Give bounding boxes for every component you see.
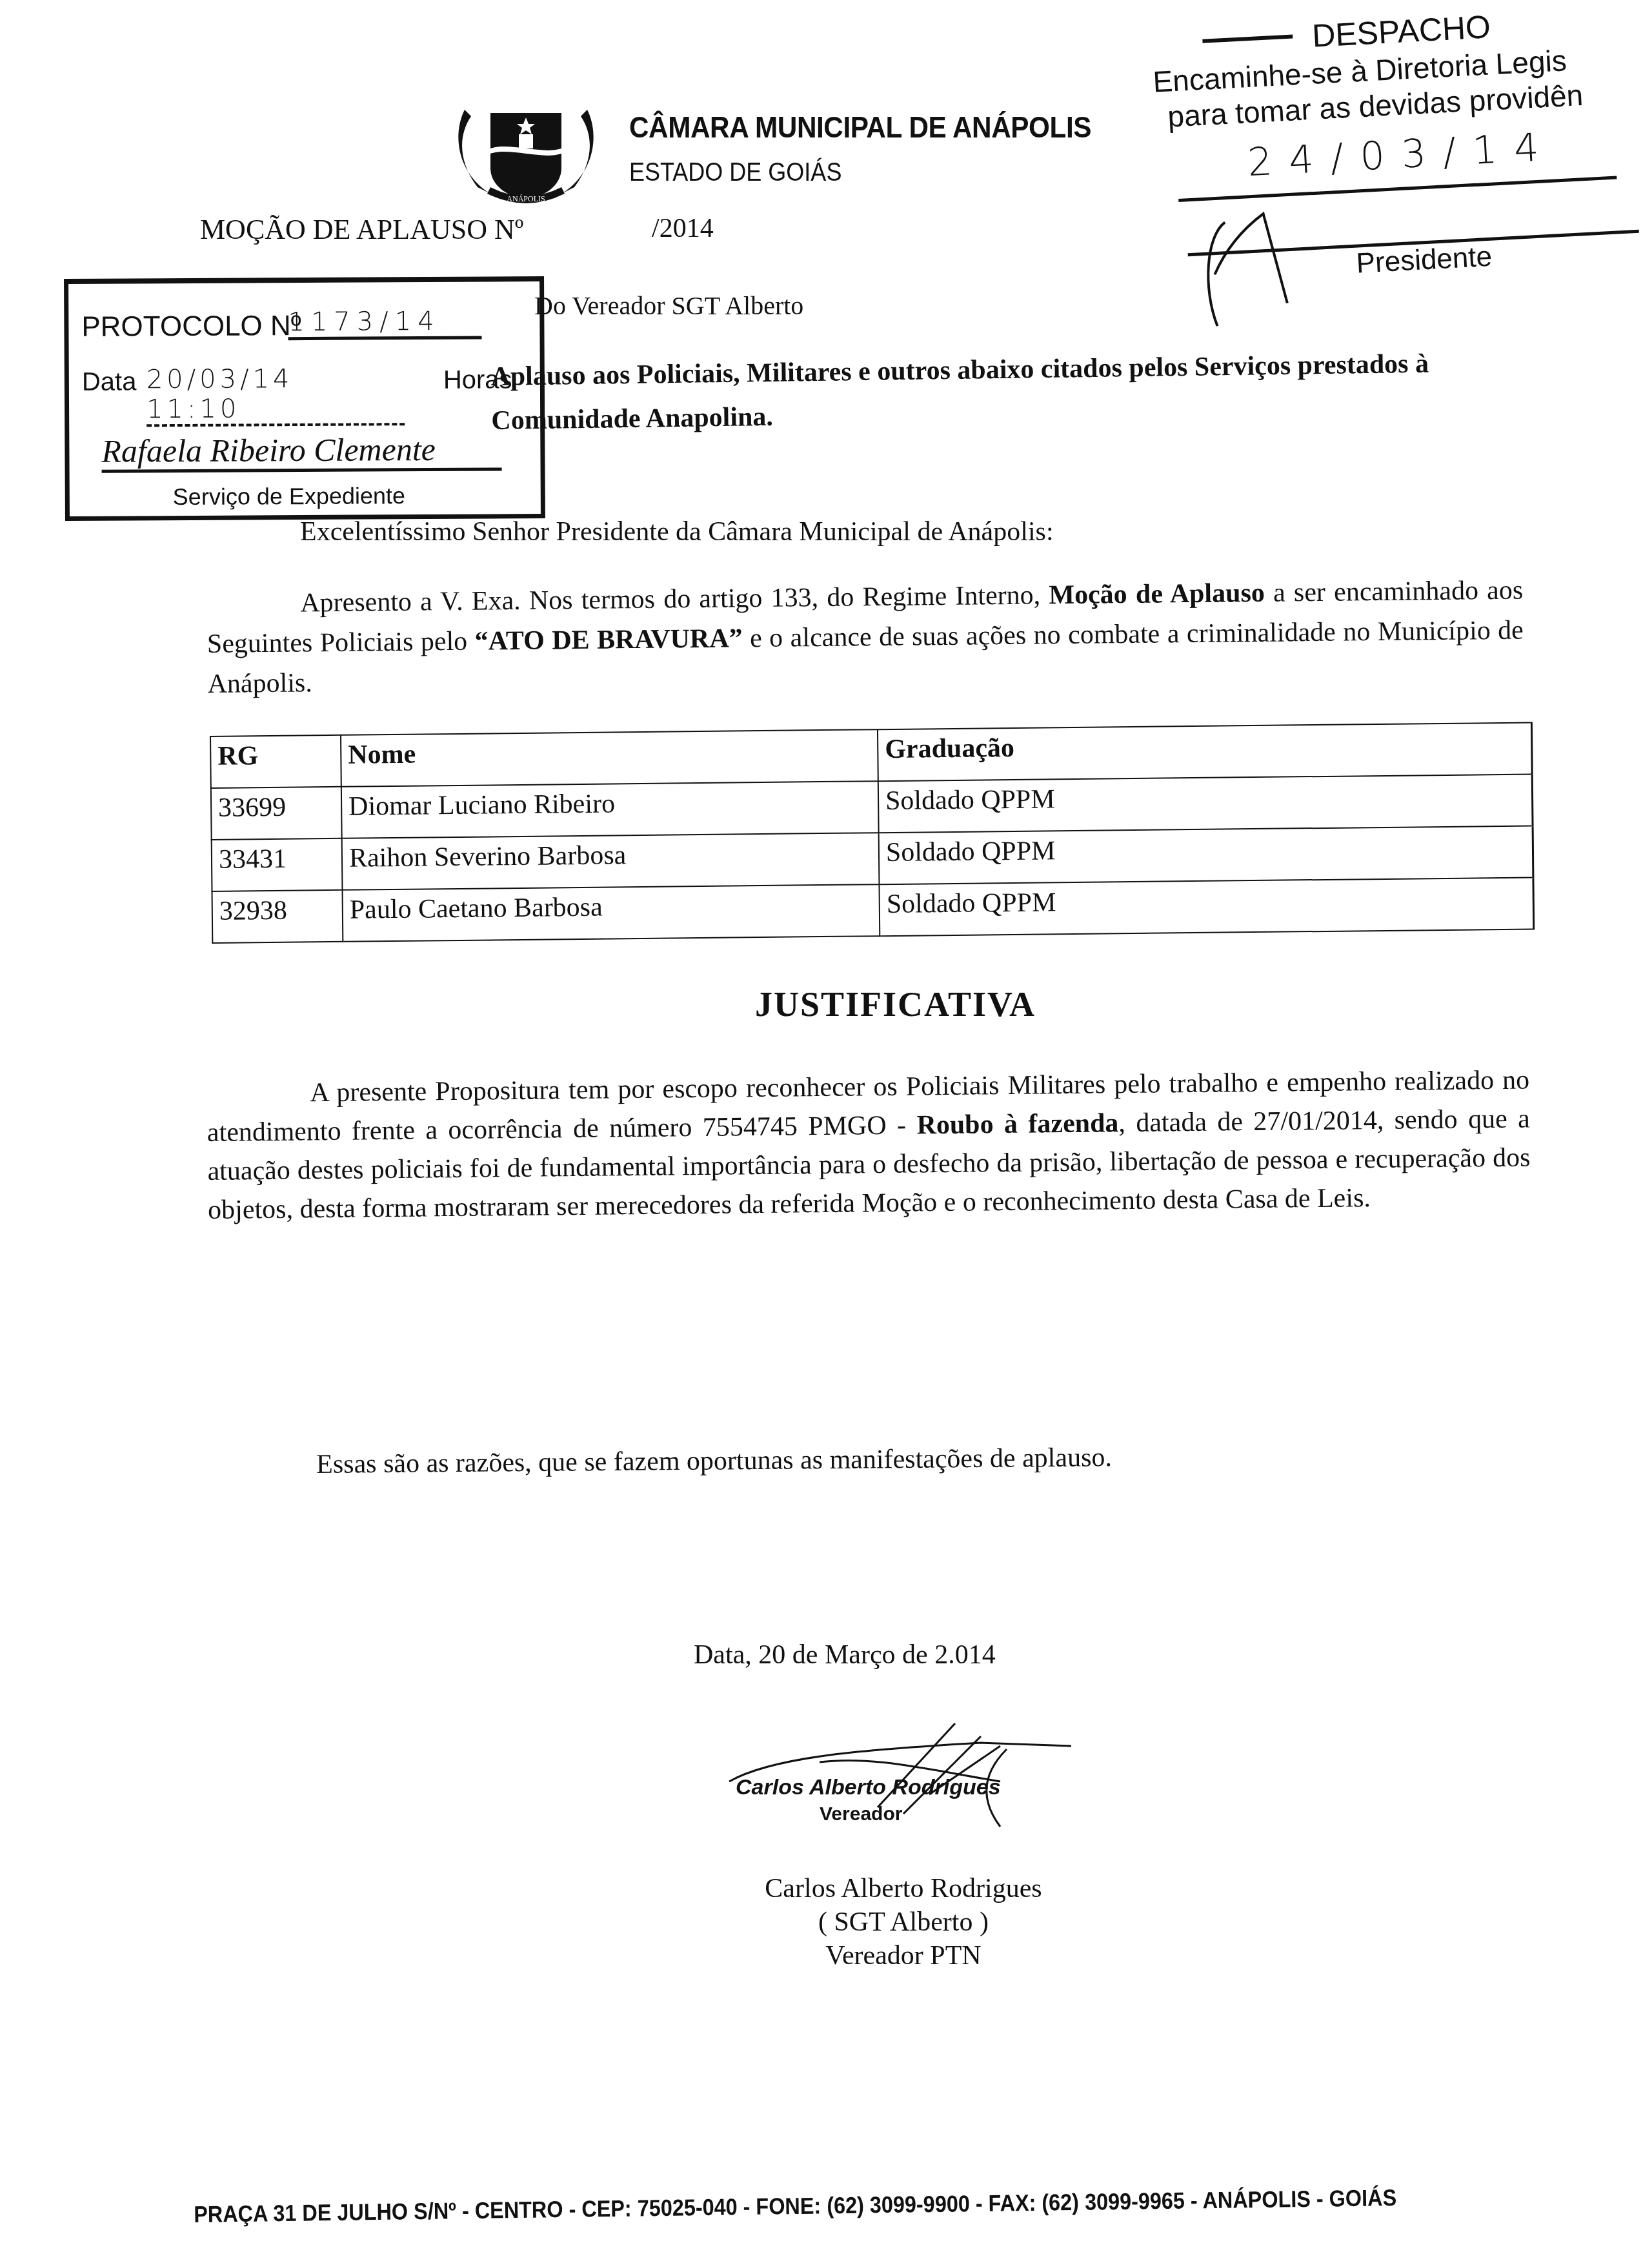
justificativa-paragraph: A presente Propositura tem por escopo re… — [206, 1061, 1531, 1230]
protocolo-date-label: Data — [82, 367, 137, 396]
protocolo-number-label: PROTOCOLO Nº — [81, 310, 301, 343]
signatory-name: Carlos Alberto Rodrigues — [645, 1872, 1162, 1905]
despacho-stamp: DESPACHO Encaminhe-se à Diretoria Legis … — [1149, 0, 1652, 303]
cell-rg: 33699 — [211, 787, 342, 840]
intro-paragraph: Apresento a V. Exa. Nos termos do artigo… — [206, 571, 1524, 704]
footer-address: PRAÇA 31 DE JULHO S/Nº - CENTRO - CEP: 7… — [194, 2184, 1396, 2228]
svg-text:Carlos Alberto Rodrigues: Carlos Alberto Rodrigues — [736, 1775, 1001, 1800]
document-year: /2014 — [652, 213, 714, 244]
protocolo-number-value: 1173/14 — [288, 307, 481, 341]
organization-name: CÂMARA MUNICIPAL DE ANÁPOLIS — [629, 110, 1091, 145]
cell-graduacao: Soldado QPPM — [879, 878, 1533, 937]
cell-nome: Diomar Luciano Ribeiro — [341, 781, 879, 838]
signatory-nickname: ( SGT Alberto ) — [645, 1905, 1162, 1939]
despacho-date: 24/03/14 — [1247, 124, 1556, 185]
signature-date: Data, 20 de Março de 2.014 — [694, 1639, 996, 1670]
protocolo-signature-label: Serviço de Expediente — [173, 482, 405, 511]
officers-table: RG Nome Graduação 33699 Diomar Luciano R… — [210, 722, 1535, 944]
svg-text:Vereador: Vereador — [820, 1803, 903, 1825]
column-header-rg: RG — [210, 735, 341, 788]
intro-bold-bravura: “ATO DE BRAVURA” — [474, 624, 742, 656]
signatory-block: Carlos Alberto Rodrigues ( SGT Alberto )… — [645, 1872, 1162, 1973]
cell-nome: Paulo Caetano Barbosa — [343, 884, 880, 942]
greeting: Excelentíssimo Senhor Presidente da Câma… — [300, 516, 1054, 547]
intro-text: Apresento a V. Exa. Nos termos do artigo… — [300, 580, 1049, 618]
despacho-role: Presidente — [1356, 241, 1493, 280]
organization-state: ESTADO DE GOIÁS — [629, 158, 841, 187]
intro-bold-mocao: Moção de Aplauso — [1049, 578, 1265, 610]
svg-text:ANÁPOLIS: ANÁPOLIS — [507, 194, 545, 203]
protocolo-date-value: 20/03/14 11:10 — [146, 363, 405, 427]
signatory-role: Vereador PTN — [645, 1939, 1162, 1973]
cell-rg: 32938 — [212, 890, 343, 943]
justificativa-bold: Roubo à fazenda — [916, 1108, 1118, 1140]
closing-sentence: Essas são as razões, que se fazem oportu… — [316, 1442, 1112, 1480]
protocolo-date: 20/03/14 — [146, 364, 294, 394]
subject: Aplauso aos Policiais, Militares e outro… — [490, 341, 1524, 443]
protocolo-stamp: PROTOCOLO Nº 1173/14 Data 20/03/14 11:10… — [64, 276, 545, 521]
cell-nome: Raihon Severino Barbosa — [342, 833, 880, 890]
president-signature-icon — [1185, 205, 1321, 340]
document-title: MOÇÃO DE APLAUSO Nº — [200, 213, 523, 246]
author-line: Do Vereador SGT Alberto — [534, 290, 803, 321]
cell-graduacao: Soldado QPPM — [879, 826, 1533, 885]
column-header-graduacao: Graduação — [878, 723, 1532, 782]
councilor-signature-icon: Carlos Alberto Rodrigues Vereador — [710, 1710, 1097, 1840]
justificativa-heading: JUSTIFICATIVA — [755, 984, 1036, 1024]
municipal-crest-icon: ANÁPOLIS — [452, 84, 600, 213]
protocolo-signature: Rafaela Ribeiro Clemente — [101, 430, 501, 472]
protocolo-time: 11:10 — [146, 394, 241, 425]
cell-graduacao: Soldado QPPM — [878, 775, 1533, 833]
cell-rg: 33431 — [212, 838, 343, 891]
column-header-nome: Nome — [341, 729, 878, 787]
